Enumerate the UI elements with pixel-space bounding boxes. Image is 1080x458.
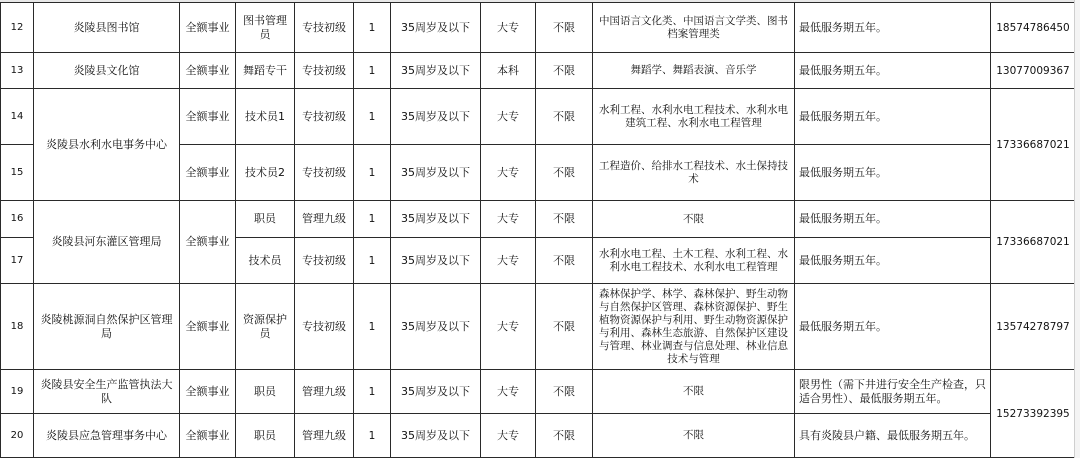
funding-type: 全额事业 [180,145,236,201]
post-name: 技术员2 [236,145,295,201]
headcount: 1 [354,370,391,414]
unit-name: 炎陵县应急管理事务中心 [34,414,180,458]
other-requirements: 最低服务期五年。 [795,53,991,89]
funding-type: 全额事业 [180,414,236,458]
post-name: 舞蹈专干 [236,53,295,89]
row-number: 12 [1,3,34,53]
contact-phone: 17336687021 [991,89,1076,201]
age-requirement: 35周岁及以下 [391,3,481,53]
post-name: 职员 [236,414,295,458]
contact-phone: 18574786450 [991,3,1076,53]
major-requirement: 中国语言文化类、中国语言文学类、图书档案管理类 [593,3,795,53]
headcount: 1 [354,145,391,201]
post-name: 技术员 [236,238,295,284]
table-row: 16 炎陵县河东灌区管理局 全额事业 职员 管理九级 1 35周岁及以下 大专 … [1,201,1076,238]
major-requirement: 舞蹈学、舞蹈表演、音乐学 [593,53,795,89]
unit-name: 炎陵桃源洞自然保护区管理局 [34,284,180,370]
post-name: 职员 [236,201,295,238]
major-requirement: 工程造价、给排水工程技术、水土保持技术 [593,145,795,201]
age-requirement: 35周岁及以下 [391,370,481,414]
degree: 不限 [536,3,593,53]
contact-phone: 13077009367 [991,53,1076,89]
row-number: 20 [1,414,34,458]
table-row: 18 炎陵桃源洞自然保护区管理局 全额事业 资源保护员 专技初级 1 35周岁及… [1,284,1076,370]
major-requirement: 水利水电工程、土木工程、水利工程、水利水电工程技术、水利水电工程管理 [593,238,795,284]
post-level: 专技初级 [295,53,354,89]
sheet-right-margin [1074,0,1080,458]
headcount: 1 [354,414,391,458]
education: 大专 [481,284,536,370]
headcount: 1 [354,201,391,238]
funding-type: 全额事业 [180,284,236,370]
age-requirement: 35周岁及以下 [391,238,481,284]
degree: 不限 [536,284,593,370]
post-level: 专技初级 [295,89,354,145]
funding-type: 全额事业 [180,89,236,145]
post-name: 职员 [236,370,295,414]
row-number: 19 [1,370,34,414]
other-requirements: 最低服务期五年。 [795,89,991,145]
education: 本科 [481,53,536,89]
row-number: 17 [1,238,34,284]
headcount: 1 [354,284,391,370]
funding-type: 全额事业 [180,3,236,53]
education: 大专 [481,370,536,414]
unit-name: 炎陵县安全生产监管执法大队 [34,370,180,414]
other-requirements: 具有炎陵县户籍、最低服务期五年。 [795,414,991,458]
recruitment-table: 12 炎陵县图书馆 全额事业 图书管理员 专技初级 1 35周岁及以下 大专 不… [0,2,1076,458]
post-name: 资源保护员 [236,284,295,370]
age-requirement: 35周岁及以下 [391,89,481,145]
funding-type: 全额事业 [180,53,236,89]
post-level: 管理九级 [295,370,354,414]
post-level: 专技初级 [295,284,354,370]
recruitment-table-sheet: 12 炎陵县图书馆 全额事业 图书管理员 专技初级 1 35周岁及以下 大专 不… [0,2,1076,458]
age-requirement: 35周岁及以下 [391,414,481,458]
table-row: 13 炎陵县文化馆 全额事业 舞蹈专干 专技初级 1 35周岁及以下 本科 不限… [1,53,1076,89]
other-requirements: 最低服务期五年。 [795,145,991,201]
unit-name: 炎陵县文化馆 [34,53,180,89]
post-name: 技术员1 [236,89,295,145]
headcount: 1 [354,238,391,284]
table-row: 19 炎陵县安全生产监管执法大队 全额事业 职员 管理九级 1 35周岁及以下 … [1,370,1076,414]
major-requirement: 不限 [593,201,795,238]
post-level: 专技初级 [295,238,354,284]
unit-name: 炎陵县水利水电事务中心 [34,89,180,201]
table-row: 20 炎陵县应急管理事务中心 全额事业 职员 管理九级 1 35周岁及以下 大专… [1,414,1076,458]
table-row: 14 炎陵县水利水电事务中心 全额事业 技术员1 专技初级 1 35周岁及以下 … [1,89,1076,145]
other-requirements: 最低服务期五年。 [795,284,991,370]
other-requirements: 限男性（需下井进行安全生产检查，只适合男性）、最低服务期五年。 [795,370,991,414]
funding-type: 全额事业 [180,201,236,284]
headcount: 1 [354,53,391,89]
headcount: 1 [354,3,391,53]
contact-phone: 15273392395 [991,370,1076,458]
degree: 不限 [536,201,593,238]
education: 大专 [481,3,536,53]
funding-type: 全额事业 [180,370,236,414]
row-number: 14 [1,89,34,145]
major-requirement: 森林保护学、林学、森林保护、野生动物与自然保护区管理、森林资源保护、野生植物资源… [593,284,795,370]
table-row: 12 炎陵县图书馆 全额事业 图书管理员 专技初级 1 35周岁及以下 大专 不… [1,3,1076,53]
major-requirement: 不限 [593,414,795,458]
age-requirement: 35周岁及以下 [391,201,481,238]
degree: 不限 [536,414,593,458]
education: 大专 [481,145,536,201]
other-requirements: 最低服务期五年。 [795,238,991,284]
major-requirement: 水利工程、水利水电工程技术、水利水电建筑工程、水利水电工程管理 [593,89,795,145]
education: 大专 [481,238,536,284]
degree: 不限 [536,53,593,89]
education: 大专 [481,89,536,145]
row-number: 13 [1,53,34,89]
education: 大专 [481,201,536,238]
post-level: 管理九级 [295,201,354,238]
degree: 不限 [536,89,593,145]
degree: 不限 [536,370,593,414]
contact-phone: 13574278797 [991,284,1076,370]
post-name: 图书管理员 [236,3,295,53]
row-number: 15 [1,145,34,201]
post-level: 管理九级 [295,414,354,458]
education: 大专 [481,414,536,458]
age-requirement: 35周岁及以下 [391,53,481,89]
unit-name: 炎陵县河东灌区管理局 [34,201,180,284]
degree: 不限 [536,145,593,201]
unit-name: 炎陵县图书馆 [34,3,180,53]
age-requirement: 35周岁及以下 [391,145,481,201]
headcount: 1 [354,89,391,145]
post-level: 专技初级 [295,3,354,53]
age-requirement: 35周岁及以下 [391,284,481,370]
other-requirements: 最低服务期五年。 [795,3,991,53]
row-number: 16 [1,201,34,238]
degree: 不限 [536,238,593,284]
post-level: 专技初级 [295,145,354,201]
other-requirements: 最低服务期五年。 [795,201,991,238]
row-number: 18 [1,284,34,370]
contact-phone: 17336687021 [991,201,1076,284]
major-requirement: 不限 [593,370,795,414]
